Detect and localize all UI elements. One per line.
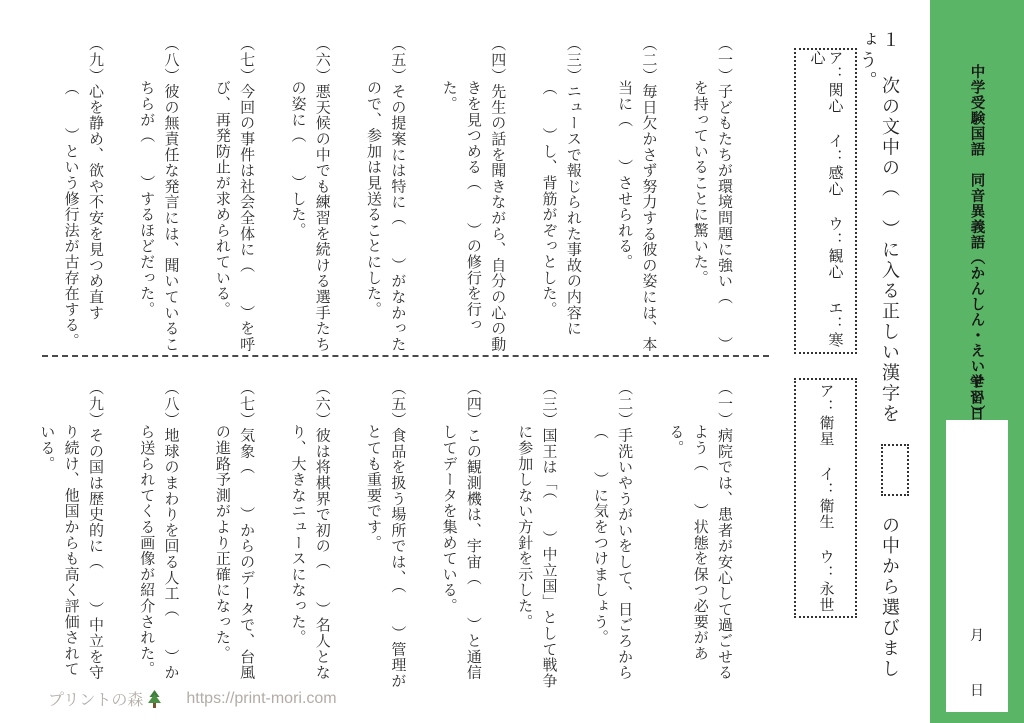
question-item: （一）病院では、患者が安心して過ごせるよう（ ）状態を保つ必要がある。 bbox=[663, 380, 736, 692]
question-label: （五） bbox=[389, 380, 406, 427]
questions-section-kanshin: （一）子どもたちが環境問題に強い（ ）を持っていることに驚いた。 （二）毎日欠か… bbox=[40, 36, 736, 354]
question-text: ニュースで報じられた事故の内容に（ ）し、背筋がぞっとした。 bbox=[541, 80, 582, 337]
question-item: （九）その国は歴史的に（ ）中立を守り続け、他国からも高く評価されている。 bbox=[34, 380, 107, 692]
question-item: （四）この観測機は、宇宙（ ）と通信してデータを集めている。 bbox=[436, 380, 485, 692]
question-text: 病院では、患者が安心して過ごせるよう（ ）状態を保つ必要がある。 bbox=[667, 424, 733, 681]
question-label: （九） bbox=[87, 380, 104, 427]
question-label: （二） bbox=[640, 36, 657, 83]
question-label: （四） bbox=[465, 380, 482, 427]
choice-option: ア：関心 bbox=[827, 50, 844, 114]
question-text: 今回の事件は社会全体に（ ）を呼び、再発防止が求められている。 bbox=[214, 80, 255, 353]
question-item: （三）ニュースで報じられた事故の内容に（ ）し、背筋がぞっとした。 bbox=[536, 36, 585, 354]
question-text: 心を静め、欲や不安を見つめ直す（ ）という修行法が古存在する。 bbox=[63, 80, 104, 349]
question-label: （七） bbox=[238, 380, 255, 427]
question-item: （二）毎日欠かさず努力する彼の姿には、本当に（ ）させられる。 bbox=[612, 36, 661, 354]
question-label: （四） bbox=[489, 36, 506, 83]
worksheet-page: 中学受験国語 同音異義語（かんしん・えいせい） 学習日 月 日 １ 次の文中の（… bbox=[0, 0, 1024, 723]
question-label: （三） bbox=[565, 36, 582, 83]
question-label: （五） bbox=[389, 36, 406, 83]
question-item: （九）心を静め、欲や不安を見つめ直す（ ）という修行法が古存在する。 bbox=[58, 36, 107, 354]
question-label: （八） bbox=[163, 380, 180, 427]
month-label: 月 bbox=[970, 625, 984, 645]
choice-option: ウ：観心 bbox=[827, 216, 844, 280]
question-label: （一） bbox=[716, 36, 733, 83]
section-divider bbox=[42, 355, 769, 357]
answer-slot-box bbox=[881, 444, 909, 496]
question-label: （六） bbox=[314, 36, 331, 83]
question-text: 気象（ ）からのデータで、台風の進路予測がより正確になった。 bbox=[214, 424, 255, 681]
question-item: （四）先生の話を聞きながら、自分の心の動きを見つめる（ ）の修行を行った。 bbox=[436, 36, 509, 354]
pine-tree-icon bbox=[147, 690, 162, 708]
date-entry-box: 月 日 bbox=[946, 420, 1008, 712]
question-item: （七）今回の事件は社会全体に（ ）を呼び、再発防止が求められている。 bbox=[210, 36, 259, 354]
instruction-number: １ bbox=[880, 30, 900, 51]
site-name: プリントの森 bbox=[48, 687, 143, 710]
choice-box-kanshin: ア：関心 イ：感心 ウ：観心 エ：寒心 bbox=[794, 48, 857, 354]
page-title: 中学受験国語 同音異義語（かんしん・えいせい） bbox=[967, 64, 988, 421]
choice-option: イ：感心 bbox=[827, 133, 844, 197]
question-label: （二） bbox=[616, 380, 633, 427]
question-text: その国は歴史的に（ ）中立を守り続け、他国からも高く評価されている。 bbox=[38, 424, 104, 681]
question-label: （九） bbox=[87, 36, 104, 83]
question-text: この観測機は、宇宙（ ）と通信してデータを集めている。 bbox=[441, 424, 482, 681]
day-label: 日 bbox=[970, 680, 984, 700]
question-text: 毎日欠かさず努力する彼の姿には、本当に（ ）させられる。 bbox=[616, 80, 657, 353]
question-text: 悪天候の中でも練習を続ける選手たちの姿に（ ）した。 bbox=[289, 80, 330, 353]
question-item: （二）手洗いやうがいをして、日ごろから（ ）に気をつけましょう。 bbox=[588, 380, 637, 692]
questions-section-eisei: （一）病院では、患者が安心して過ごせるよう（ ）状態を保つ必要がある。 （二）手… bbox=[40, 380, 736, 692]
question-text: 国王は「（ ）中立国」として戦争に参加しない方針を示した。 bbox=[516, 424, 557, 689]
question-item: （五）食品を扱う場所では、（ ）管理がとても重要です。 bbox=[361, 380, 410, 692]
question-text: 地球のまわりを回る人工（ ）から送られてくる画像が紹介された。 bbox=[138, 424, 179, 681]
question-label: （三） bbox=[541, 380, 558, 427]
question-text: 彼の無責任な発言には、聞いているこちらが（ ）するほどだった。 bbox=[138, 80, 179, 353]
footer-url: https://print-mori.com bbox=[186, 690, 336, 708]
question-label: （六） bbox=[314, 380, 331, 427]
question-label: （七） bbox=[238, 36, 255, 83]
question-text: 彼は将棋界で初の（ ）名人となり、大きなニュースになった。 bbox=[289, 424, 330, 681]
choice-option: ウ：永世 bbox=[818, 549, 835, 613]
question-item: （三）国王は「（ ）中立国」として戦争に参加しない方針を示した。 bbox=[512, 380, 561, 692]
title-banner: 中学受験国語 同音異義語（かんしん・えいせい） 学習日 月 日 bbox=[930, 0, 1024, 723]
question-label: （一） bbox=[716, 380, 733, 427]
question-item: （八）地球のまわりを回る人工（ ）から送られてくる画像が紹介された。 bbox=[134, 380, 183, 692]
question-item: （五）その提案には特に（ ）がなかったので、参加は見送ることにした。 bbox=[361, 36, 410, 354]
question-item: （一）子どもたちが環境問題に強い（ ）を持っていることに驚いた。 bbox=[687, 36, 736, 354]
choice-option: イ：衛生 bbox=[818, 466, 835, 530]
question-text: 子どもたちが環境問題に強い（ ）を持っていることに驚いた。 bbox=[692, 80, 733, 353]
question-text: 先生の話を聞きながら、自分の心の動きを見つめる（ ）の修行を行った。 bbox=[441, 80, 507, 353]
question-text: 食品を扱う場所では、（ ）管理がとても重要です。 bbox=[365, 424, 406, 689]
question-item: （七）気象（ ）からのデータで、台風の進路予測がより正確になった。 bbox=[210, 380, 259, 692]
choice-option: ア：衛星 bbox=[818, 383, 835, 447]
question-text: 手洗いやうがいをして、日ごろから（ ）に気をつけましょう。 bbox=[592, 424, 633, 681]
question-text: その提案には特に（ ）がなかったので、参加は見送ることにした。 bbox=[365, 80, 406, 353]
question-item: （八）彼の無責任な発言には、聞いているこちらが（ ）するほどだった。 bbox=[134, 36, 183, 354]
question-label: （八） bbox=[163, 36, 180, 83]
choice-box-eisei: ア：衛星 イ：衛生 ウ：永世 bbox=[794, 378, 857, 618]
instruction-text: １ 次の文中の（ ）に入る正しい漢字を の中から選びましょう。 bbox=[856, 30, 909, 700]
instruction-before-box: 次の文中の（ ）に入る正しい漢字を bbox=[880, 76, 900, 425]
study-date-label: 学習日 bbox=[967, 374, 987, 422]
question-item: （六）悪天候の中でも練習を続ける選手たちの姿に（ ）した。 bbox=[285, 36, 334, 354]
question-item: （六）彼は将棋界で初の（ ）名人となり、大きなニュースになった。 bbox=[285, 380, 334, 692]
footer: プリントの森 https://print-mori.com bbox=[48, 687, 337, 710]
